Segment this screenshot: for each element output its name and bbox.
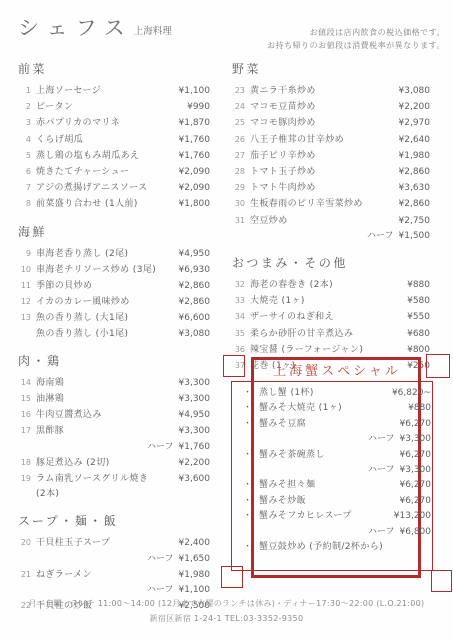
menu-item-row: 6焼きたてチャーシュー¥2,090 bbox=[18, 164, 210, 180]
item-price: ¥990 bbox=[181, 100, 210, 115]
footer: 月〜土曜・ランチ 11:00〜14:00 (12月まで火曜のランチは休み)・ディ… bbox=[0, 597, 453, 626]
item-price: ¥2,750 bbox=[393, 214, 431, 229]
item-price: ¥1,870 bbox=[173, 116, 211, 131]
item-number: 6 bbox=[18, 164, 31, 179]
item-price: ¥1,980 bbox=[393, 149, 431, 164]
item-number: 21 bbox=[18, 567, 31, 582]
menu-item-row: 17黒酢豚¥3,300 bbox=[18, 423, 210, 439]
item-number: 15 bbox=[18, 391, 31, 406]
menu-item-row: 19ラム南乳ソースグリル焼き¥3,600 bbox=[18, 471, 210, 487]
item-name: ザーサイのねぎ和え bbox=[250, 310, 334, 325]
item-price: ¥1,760 bbox=[173, 149, 211, 164]
item-price: ¥4,950 bbox=[173, 408, 211, 423]
menu-item-row: 3赤パプリカのマリネ¥1,870 bbox=[18, 115, 210, 131]
item-name: ピータン bbox=[36, 100, 73, 115]
menu-item-row: ハーフ¥3,300 bbox=[243, 463, 431, 478]
half-label: ハーフ bbox=[147, 552, 174, 567]
item-number: 10 bbox=[18, 262, 31, 277]
menu-item-row: 13魚の香り蒸し (大1尾)¥6,600 bbox=[18, 310, 210, 326]
item-name: 蟹みそ大焼売 (1ヶ) bbox=[259, 401, 342, 416]
bullet-icon: ・ bbox=[243, 417, 254, 432]
menu-section: 前菜1上海ソーセージ¥1,1002ピータン¥9903赤パプリカのマリネ¥1,87… bbox=[18, 62, 210, 213]
menu-item-row: (2本) bbox=[18, 487, 210, 502]
menu-item-row: 32海老の春巻き (2本)¥880 bbox=[232, 277, 430, 293]
item-price: ¥3,300 bbox=[395, 432, 432, 447]
menu-item-row: 35柔らか砂肝の甘辛煮込み¥680 bbox=[232, 326, 430, 342]
item-name: 蟹みそ炒飯 bbox=[259, 494, 306, 509]
menu-section: 肉・鶏14海南鶏¥3,30015油淋鶏¥3,30016牛肉豆醬煮込み¥4,950… bbox=[18, 354, 210, 503]
menu-item-row: 11季節の貝炒め¥2,860 bbox=[18, 278, 210, 294]
item-number: 35 bbox=[232, 326, 245, 341]
item-name: 柔らか砂肝の甘辛煮込み bbox=[250, 327, 353, 342]
price-notice-line-1: お値段は店内飲食の税込価格です。 bbox=[267, 26, 445, 39]
menu-item-row: 7アジの煮揚げアニスソース¥2,090 bbox=[18, 180, 210, 196]
item-name: 前菜盛り合わせ (1人前) bbox=[36, 197, 138, 212]
item-number: 18 bbox=[18, 455, 31, 470]
menu-item-row: 29トマト牛肉炒め¥3,630 bbox=[232, 180, 430, 196]
menu-item-row: 2ピータン¥990 bbox=[18, 99, 210, 115]
menu-item-row: 28トマト玉子炒め¥2,860 bbox=[232, 164, 430, 180]
menu-item-row: 9車海老香り蒸し (2尾)¥4,950 bbox=[18, 246, 210, 262]
item-name: トマト牛肉炒め bbox=[250, 181, 316, 196]
item-name: 牛肉豆醬煮込み bbox=[36, 408, 102, 423]
item-price: ¥2,200 bbox=[173, 456, 211, 471]
item-number: 28 bbox=[232, 164, 245, 179]
menu-item-row: ・蟹みそ豆腐¥6,270 bbox=[243, 417, 431, 432]
item-name: 上海ソーセージ bbox=[36, 84, 101, 99]
item-name: 茄子ピリ辛炒め bbox=[250, 149, 316, 164]
item-name: 蟹みそ担々麺 bbox=[259, 478, 315, 493]
item-price: ¥2,400 bbox=[173, 536, 211, 551]
item-price: ¥13,200 bbox=[388, 509, 431, 524]
item-number: 12 bbox=[18, 294, 31, 309]
menu-item-row: ・蟹豆鼓炒め (予約制/2杯から) bbox=[243, 540, 431, 555]
item-name: 蟹みそ豆腐 bbox=[259, 417, 306, 432]
item-name: 大焼売 (1ヶ) bbox=[250, 294, 305, 309]
item-price: ¥6,270 bbox=[394, 478, 432, 493]
item-price: ¥2,640 bbox=[393, 133, 431, 148]
item-name: 豚足煮込み (2切) bbox=[36, 456, 110, 471]
half-price-group: ハーフ¥1,760 bbox=[147, 440, 210, 455]
item-price: ¥6,270 bbox=[394, 417, 432, 432]
item-number: 30 bbox=[232, 196, 245, 211]
special-menu-title: 上海蟹スペシャル bbox=[243, 363, 431, 381]
item-price: ¥1,100 bbox=[174, 583, 211, 598]
menu-section: 海鮮9車海老香り蒸し (2尾)¥4,95010車海老チリソース炒め (3尾)¥6… bbox=[18, 225, 210, 342]
item-name: 蟹みそフカヒレスープ bbox=[259, 509, 352, 524]
special-menu-items: ・蒸し蟹 (1杯)¥6,820~・蟹みそ大焼売 (1ヶ)¥880・蟹みそ豆腐¥6… bbox=[243, 386, 431, 555]
item-name: (2本) bbox=[36, 487, 59, 502]
item-name: 生板春雨のピリ辛雪菜炒め bbox=[250, 197, 363, 212]
item-number: 9 bbox=[18, 246, 31, 261]
item-price: ¥3,080 bbox=[173, 327, 211, 342]
item-price: ¥2,200 bbox=[393, 100, 431, 115]
menu-item-row: 33大焼売 (1ヶ)¥580 bbox=[232, 293, 430, 309]
item-price: ¥3,300 bbox=[173, 376, 211, 391]
restaurant-name: シェフス bbox=[18, 16, 133, 40]
item-number: 2 bbox=[18, 99, 31, 114]
item-name: 黄ニラ干糸炒め bbox=[250, 84, 316, 99]
item-price: ¥2,860 bbox=[173, 295, 211, 310]
item-name: 油淋鶏 bbox=[36, 392, 64, 407]
half-label: ハーフ bbox=[368, 463, 395, 478]
half-price-group: ハーフ¥1,650 bbox=[147, 552, 210, 567]
menu-item-row: 24マコモ豆苗炒め¥2,200 bbox=[232, 99, 430, 115]
item-price: ¥3,600 bbox=[173, 472, 211, 487]
menu-item-row: 27茄子ピリ辛炒め¥1,980 bbox=[232, 148, 430, 164]
item-price: ¥2,090 bbox=[173, 181, 211, 196]
section-heading: 野菜 bbox=[232, 62, 430, 77]
half-label: ハーフ bbox=[368, 525, 395, 540]
item-name: 季節の貝炒め bbox=[36, 279, 92, 294]
menu-page: シェフス 上海料理 お値段は店内飲食の税込価格です。 お持ち帰りのお値段は消費税… bbox=[0, 0, 453, 640]
menu-item-row: 26八王子椎茸の甘辛炒め¥2,640 bbox=[232, 132, 430, 148]
item-price: ¥6,930 bbox=[173, 263, 211, 278]
item-price: ¥1,760 bbox=[173, 133, 211, 148]
item-price: ¥6,270 bbox=[394, 494, 432, 509]
section-heading: おつまみ・その他 bbox=[232, 256, 430, 271]
item-number: 20 bbox=[18, 535, 31, 550]
item-price: ¥1,760 bbox=[174, 440, 211, 455]
item-name: 車海老チリソース炒め (3尾) bbox=[36, 263, 156, 278]
item-name: 海南鶏 bbox=[36, 376, 64, 391]
menu-item-row: 5蒸し鶏の塩もみ胡瓜あえ¥1,760 bbox=[18, 148, 210, 164]
item-name: ラム南乳ソースグリル焼き bbox=[36, 472, 148, 487]
section-heading: 肉・鶏 bbox=[18, 354, 210, 369]
item-name: 蟹みそ茶碗蒸し bbox=[259, 448, 325, 463]
item-name: 干貝柱玉子スープ bbox=[36, 536, 110, 551]
item-price: ¥6,800 bbox=[395, 525, 432, 540]
half-label: ハーフ bbox=[367, 229, 394, 244]
item-name: マコモ豚肉炒め bbox=[250, 116, 316, 131]
half-price-group: ハーフ¥3,300 bbox=[368, 432, 431, 447]
menu-item-row: 23黄ニラ干糸炒め¥3,080 bbox=[232, 83, 430, 99]
item-price: ¥580 bbox=[401, 294, 430, 309]
section-heading: 海鮮 bbox=[18, 225, 210, 240]
menu-item-row: 16牛肉豆醬煮込み¥4,950 bbox=[18, 407, 210, 423]
menu-item-row: ハーフ¥1,100 bbox=[18, 583, 210, 598]
price-notice: お値段は店内飲食の税込価格です。 お持ち帰りのお値段は消費税率が異なります。 bbox=[267, 26, 445, 52]
menu-item-row: ハーフ¥1,760 bbox=[18, 440, 210, 455]
menu-item-row: 31空豆炒め¥2,750 bbox=[232, 213, 430, 229]
item-name: 海老の春巻き (2本) bbox=[250, 278, 333, 293]
price-notice-line-2: お持ち帰りのお値段は消費税率が異なります。 bbox=[267, 39, 445, 52]
menu-item-row: 14海南鶏¥3,300 bbox=[18, 375, 210, 391]
item-price: ¥6,600 bbox=[173, 311, 211, 326]
item-name: トマト玉子炒め bbox=[250, 165, 316, 180]
item-number: 5 bbox=[18, 148, 31, 163]
menu-item-row: 36辣宝醤 (ラーフォージャン)¥800 bbox=[232, 342, 430, 358]
item-number: 13 bbox=[18, 310, 31, 325]
address-phone: 新宿区新宿 1-24-1 TEL:03-3352-9350 bbox=[0, 612, 453, 627]
item-name: マコモ豆苗炒め bbox=[250, 100, 316, 115]
item-price: ¥6,820~ bbox=[386, 386, 431, 401]
item-price: ¥550 bbox=[401, 310, 430, 325]
item-number: 29 bbox=[232, 180, 245, 195]
item-price: ¥2,860 bbox=[173, 279, 211, 294]
item-price: ¥3,300 bbox=[395, 463, 432, 478]
special-frame-corner-square-bottom-right bbox=[431, 570, 452, 592]
item-price: ¥6,270 bbox=[394, 448, 432, 463]
item-price: ¥880 bbox=[401, 278, 430, 293]
item-number: 34 bbox=[232, 309, 245, 324]
item-price: ¥4,950 bbox=[173, 247, 211, 262]
item-name: 蟹豆鼓炒め (予約制/2杯から) bbox=[259, 540, 383, 555]
menu-item-row: 34ザーサイのねぎ和え¥550 bbox=[232, 309, 430, 325]
menu-item-row: ・蟹みそ担々麺¥6,270 bbox=[243, 478, 431, 493]
item-price: ¥3,300 bbox=[173, 424, 211, 439]
item-name: イカのカレー風味炒め bbox=[36, 295, 130, 310]
item-name: 蒸し蟹 (1杯) bbox=[259, 386, 314, 401]
item-price: ¥1,500 bbox=[394, 229, 431, 244]
item-price: ¥3,300 bbox=[173, 392, 211, 407]
menu-item-row: 21ねぎラーメン¥1,980 bbox=[18, 567, 210, 583]
item-number: 26 bbox=[232, 132, 245, 147]
menu-item-row: ・蟹みそ茶碗蒸し¥6,270 bbox=[243, 448, 431, 463]
section-heading: スープ・麺・飯 bbox=[18, 514, 210, 529]
menu-item-row: ハーフ¥1,500 bbox=[232, 229, 430, 244]
menu-item-row: 4くらげ胡瓜¥1,760 bbox=[18, 132, 210, 148]
item-number: 33 bbox=[232, 293, 245, 308]
item-name: 赤パプリカのマリネ bbox=[36, 116, 120, 131]
item-name: 魚の香り蒸し (小1尾) bbox=[36, 327, 128, 342]
special-frame-corner-square-bottom-left bbox=[221, 566, 243, 588]
bullet-icon: ・ bbox=[243, 509, 254, 524]
item-number: 19 bbox=[18, 471, 31, 486]
menu-section: 野菜23黄ニラ干糸炒め¥3,08024マコモ豆苗炒め¥2,20025マコモ豚肉炒… bbox=[232, 62, 430, 244]
menu-item-row: 12イカのカレー風味炒め¥2,860 bbox=[18, 294, 210, 310]
half-label: ハーフ bbox=[147, 440, 174, 455]
bullet-icon: ・ bbox=[243, 386, 254, 401]
half-price-group: ハーフ¥3,300 bbox=[368, 463, 431, 478]
half-price-group: ハーフ¥1,500 bbox=[367, 229, 430, 244]
item-name: くらげ胡瓜 bbox=[36, 133, 83, 148]
special-menu-box: 上海蟹スペシャル ・蒸し蟹 (1杯)¥6,820~・蟹みそ大焼売 (1ヶ)¥88… bbox=[243, 363, 431, 555]
item-price: ¥1,100 bbox=[173, 84, 211, 99]
item-number: 32 bbox=[232, 277, 245, 292]
item-number: 25 bbox=[232, 115, 245, 130]
special-frame-corner-square-top-left bbox=[223, 355, 245, 377]
item-price: ¥2,860 bbox=[393, 197, 431, 212]
menu-item-row: ・蟹みそ大焼売 (1ヶ)¥880 bbox=[243, 401, 431, 416]
bullet-icon: ・ bbox=[243, 494, 254, 509]
half-price-group: ハーフ¥6,800 bbox=[368, 525, 431, 540]
item-price: ¥2,970 bbox=[393, 116, 431, 131]
bullet-icon: ・ bbox=[243, 448, 254, 463]
item-price: ¥3,080 bbox=[393, 84, 431, 99]
menu-item-row: ・蒸し蟹 (1杯)¥6,820~ bbox=[243, 386, 431, 401]
half-label: ハーフ bbox=[147, 583, 174, 598]
item-number: 11 bbox=[18, 278, 31, 293]
half-label: ハーフ bbox=[368, 432, 395, 447]
item-name: ねぎラーメン bbox=[36, 568, 92, 583]
item-number: 24 bbox=[232, 99, 245, 114]
cuisine-type-label: 上海料理 bbox=[134, 23, 172, 37]
item-price: ¥1,980 bbox=[173, 568, 211, 583]
item-number: 4 bbox=[18, 132, 31, 147]
left-column: 前菜1上海ソーセージ¥1,1002ピータン¥9903赤パプリカのマリネ¥1,87… bbox=[18, 62, 210, 626]
item-number: 17 bbox=[18, 423, 31, 438]
menu-item-row: ハーフ¥1,650 bbox=[18, 552, 210, 567]
menu-item-row: 25マコモ豚肉炒め¥2,970 bbox=[232, 115, 430, 131]
item-number: 31 bbox=[232, 213, 245, 228]
menu-item-row: 18豚足煮込み (2切)¥2,200 bbox=[18, 455, 210, 471]
header: シェフス 上海料理 bbox=[18, 16, 172, 40]
item-number: 8 bbox=[18, 196, 31, 211]
menu-item-row: 1上海ソーセージ¥1,100 bbox=[18, 83, 210, 99]
item-price: ¥3,630 bbox=[393, 181, 431, 196]
item-name: 車海老香り蒸し (2尾) bbox=[36, 247, 128, 262]
item-name: 空豆炒め bbox=[250, 214, 288, 229]
bullet-icon: ・ bbox=[243, 401, 254, 416]
item-name: 黒酢豚 bbox=[36, 424, 64, 439]
menu-item-row: 8前菜盛り合わせ (1人前)¥1,800 bbox=[18, 196, 210, 212]
item-number: 7 bbox=[18, 180, 31, 195]
item-price: ¥2,860 bbox=[393, 165, 431, 180]
item-number: 3 bbox=[18, 115, 31, 130]
item-name: アジの煮揚げアニスソース bbox=[36, 181, 148, 196]
item-price: ¥2,090 bbox=[173, 165, 211, 180]
item-number: 27 bbox=[232, 148, 245, 163]
bullet-icon: ・ bbox=[243, 540, 254, 555]
item-price: ¥680 bbox=[401, 327, 430, 342]
item-price: ¥1,650 bbox=[174, 552, 211, 567]
opening-hours: 月〜土曜・ランチ 11:00〜14:00 (12月まで火曜のランチは休み)・ディ… bbox=[0, 597, 453, 612]
half-price-group: ハーフ¥1,100 bbox=[147, 583, 210, 598]
item-name: 蒸し鶏の塩もみ胡瓜あえ bbox=[36, 149, 139, 164]
menu-item-row: ハーフ¥3,300 bbox=[243, 432, 431, 447]
menu-item-row: ・蟹みそフカヒレスープ¥13,200 bbox=[243, 509, 431, 524]
menu-item-row: 20干貝柱玉子スープ¥2,400 bbox=[18, 535, 210, 551]
bullet-icon: ・ bbox=[243, 478, 254, 493]
item-name: 辣宝醤 (ラーフォージャン) bbox=[250, 343, 363, 358]
item-number: 16 bbox=[18, 407, 31, 422]
item-number: 14 bbox=[18, 375, 31, 390]
menu-item-row: ハーフ¥6,800 bbox=[243, 525, 431, 540]
item-name: 魚の香り蒸し (大1尾) bbox=[36, 311, 128, 326]
item-name: 焼きたてチャーシュー bbox=[36, 165, 129, 180]
menu-item-row: 30生板春雨のピリ辛雪菜炒め¥2,860 bbox=[232, 196, 430, 212]
menu-item-row: 10車海老チリソース炒め (3尾)¥6,930 bbox=[18, 262, 210, 278]
item-number: 1 bbox=[18, 83, 31, 98]
menu-item-row: 魚の香り蒸し (小1尾)¥3,080 bbox=[18, 327, 210, 342]
item-price: ¥880 bbox=[402, 401, 431, 416]
menu-item-row: 15油淋鶏¥3,300 bbox=[18, 391, 210, 407]
section-heading: 前菜 bbox=[18, 62, 210, 77]
item-price: ¥1,800 bbox=[173, 197, 211, 212]
menu-item-row: ・蟹みそ炒飯¥6,270 bbox=[243, 494, 431, 509]
item-name: 八王子椎茸の甘辛炒め bbox=[250, 133, 344, 148]
right-column: 野菜23黄ニラ干糸炒め¥3,08024マコモ豆苗炒め¥2,20025マコモ豚肉炒… bbox=[232, 62, 430, 386]
item-number: 23 bbox=[232, 83, 245, 98]
